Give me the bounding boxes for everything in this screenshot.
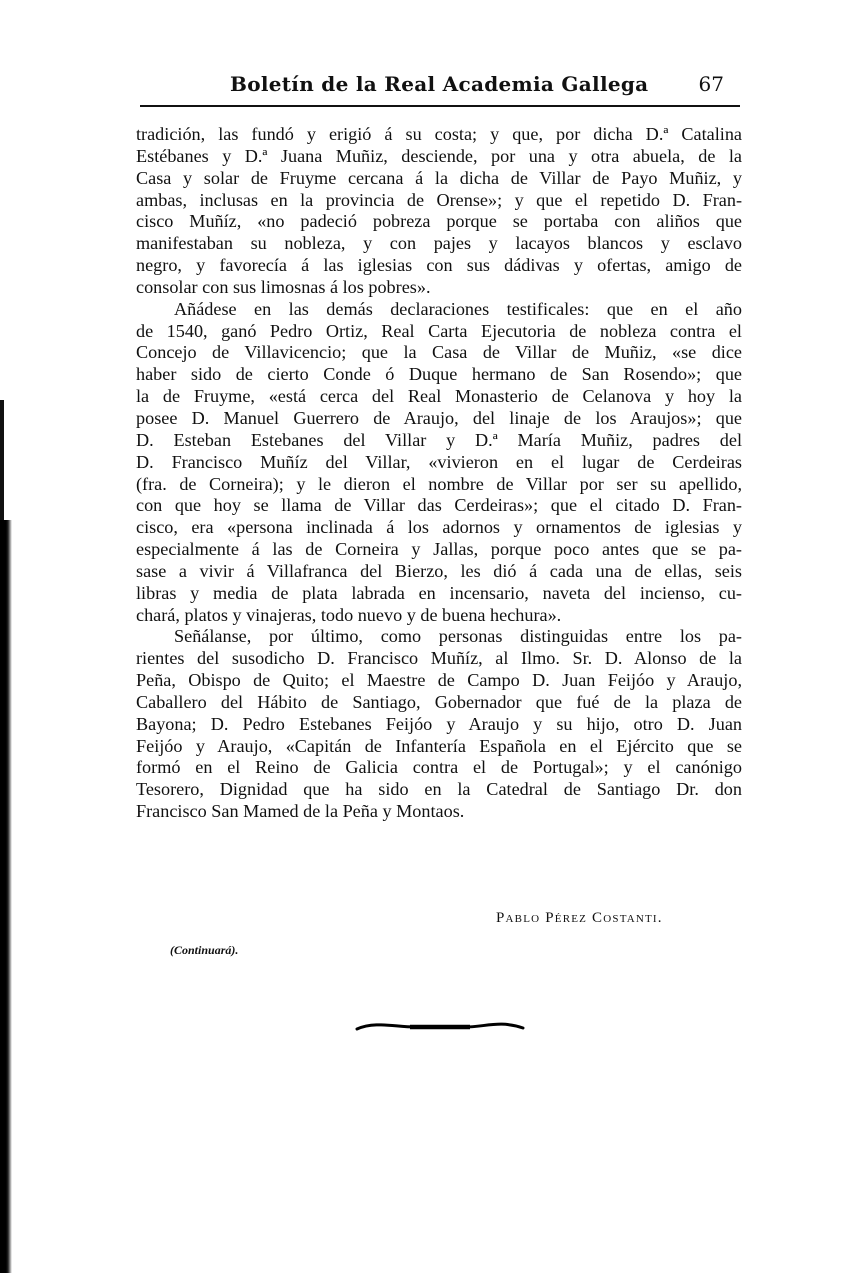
text-line: Señálanse, por último, como personas dis… bbox=[136, 626, 742, 648]
text-line: formó en el Reino de Galicia contra el d… bbox=[136, 757, 742, 779]
page-number: 67 bbox=[699, 72, 724, 96]
text-line: chará, platos y vinajeras, todo nuevo y … bbox=[136, 605, 742, 627]
text-line: sase a vivir á Villafranca del Bierzo, l… bbox=[136, 561, 742, 583]
continued-note: (Continuará). bbox=[170, 943, 238, 958]
text-line: cisco Muñíz, «no padeció pobreza porque … bbox=[136, 211, 742, 233]
text-line: Tesorero, Dignidad que ha sido en la Cat… bbox=[136, 779, 742, 801]
text-line: Francisco San Mamed de la Peña y Montaos… bbox=[136, 801, 742, 823]
text-line: Caballero del Hábito de Santiago, Gobern… bbox=[136, 692, 742, 714]
text-line: la de Fruyme, «está cerca del Real Monas… bbox=[136, 386, 742, 408]
text-line: ambas, inclusas en la provincia de Orens… bbox=[136, 190, 742, 212]
text-line: Casa y solar de Fruyme cercana á la dich… bbox=[136, 168, 742, 190]
running-title: Boletín de la Real Academia Gallega bbox=[230, 72, 648, 96]
text-line: Estébanes y D.ª Juana Muñiz, desciende, … bbox=[136, 146, 742, 168]
text-line: rientes del susodicho D. Francisco Muñíz… bbox=[136, 648, 742, 670]
page-header: Boletín de la Real Academia Gallega 67 bbox=[132, 70, 738, 104]
scan-border-shadow bbox=[0, 520, 12, 1273]
text-line: de 1540, ganó Pedro Ortiz, Real Carta Ej… bbox=[136, 321, 742, 343]
text-line: negro, y favorecía á las iglesias con su… bbox=[136, 255, 742, 277]
text-line: libras y media de plata labrada en incen… bbox=[136, 583, 742, 605]
text-line: cisco, era «persona inclinada á los ador… bbox=[136, 517, 742, 539]
header-rule bbox=[140, 105, 740, 107]
text-line: consolar con sus limosnas á los pobres». bbox=[136, 277, 742, 299]
author-signature: Pablo Pérez Costanti. bbox=[496, 910, 663, 927]
text-line: con que hoy se llama de Villar das Cerde… bbox=[136, 495, 742, 517]
text-line: Feijóo y Araujo, «Capitán de Infantería … bbox=[136, 736, 742, 758]
scanned-page: Boletín de la Real Academia Gallega 67 t… bbox=[0, 0, 850, 1273]
text-line: especialmente á las de Corneira y Jallas… bbox=[136, 539, 742, 561]
text-line: D. Francisco Muñíz del Villar, «vivieron… bbox=[136, 452, 742, 474]
article-body: tradición, las fundó y erigió á su costa… bbox=[136, 124, 742, 823]
scan-border-shadow bbox=[0, 400, 4, 530]
text-line: posee D. Manuel Guerrero de Araujo, del … bbox=[136, 408, 742, 430]
text-line: (fra. de Corneira); y le dieron el nombr… bbox=[136, 474, 742, 496]
text-line: manifestaban su nobleza, y con pajes y l… bbox=[136, 233, 742, 255]
text-line: Peña, Obispo de Quito; el Maestre de Cam… bbox=[136, 670, 742, 692]
text-line: Concejo de Villavicencio; que la Casa de… bbox=[136, 342, 742, 364]
end-ornament-icon bbox=[355, 1017, 525, 1037]
text-line: D. Esteban Estebanes del Villar y D.ª Ma… bbox=[136, 430, 742, 452]
text-line: haber sido de cierto Conde ó Duque herma… bbox=[136, 364, 742, 386]
text-line: Bayona; D. Pedro Estebanes Feijóo y Arau… bbox=[136, 714, 742, 736]
text-line: tradición, las fundó y erigió á su costa… bbox=[136, 124, 742, 146]
text-line: Añádese en las demás declaraciones testi… bbox=[136, 299, 742, 321]
